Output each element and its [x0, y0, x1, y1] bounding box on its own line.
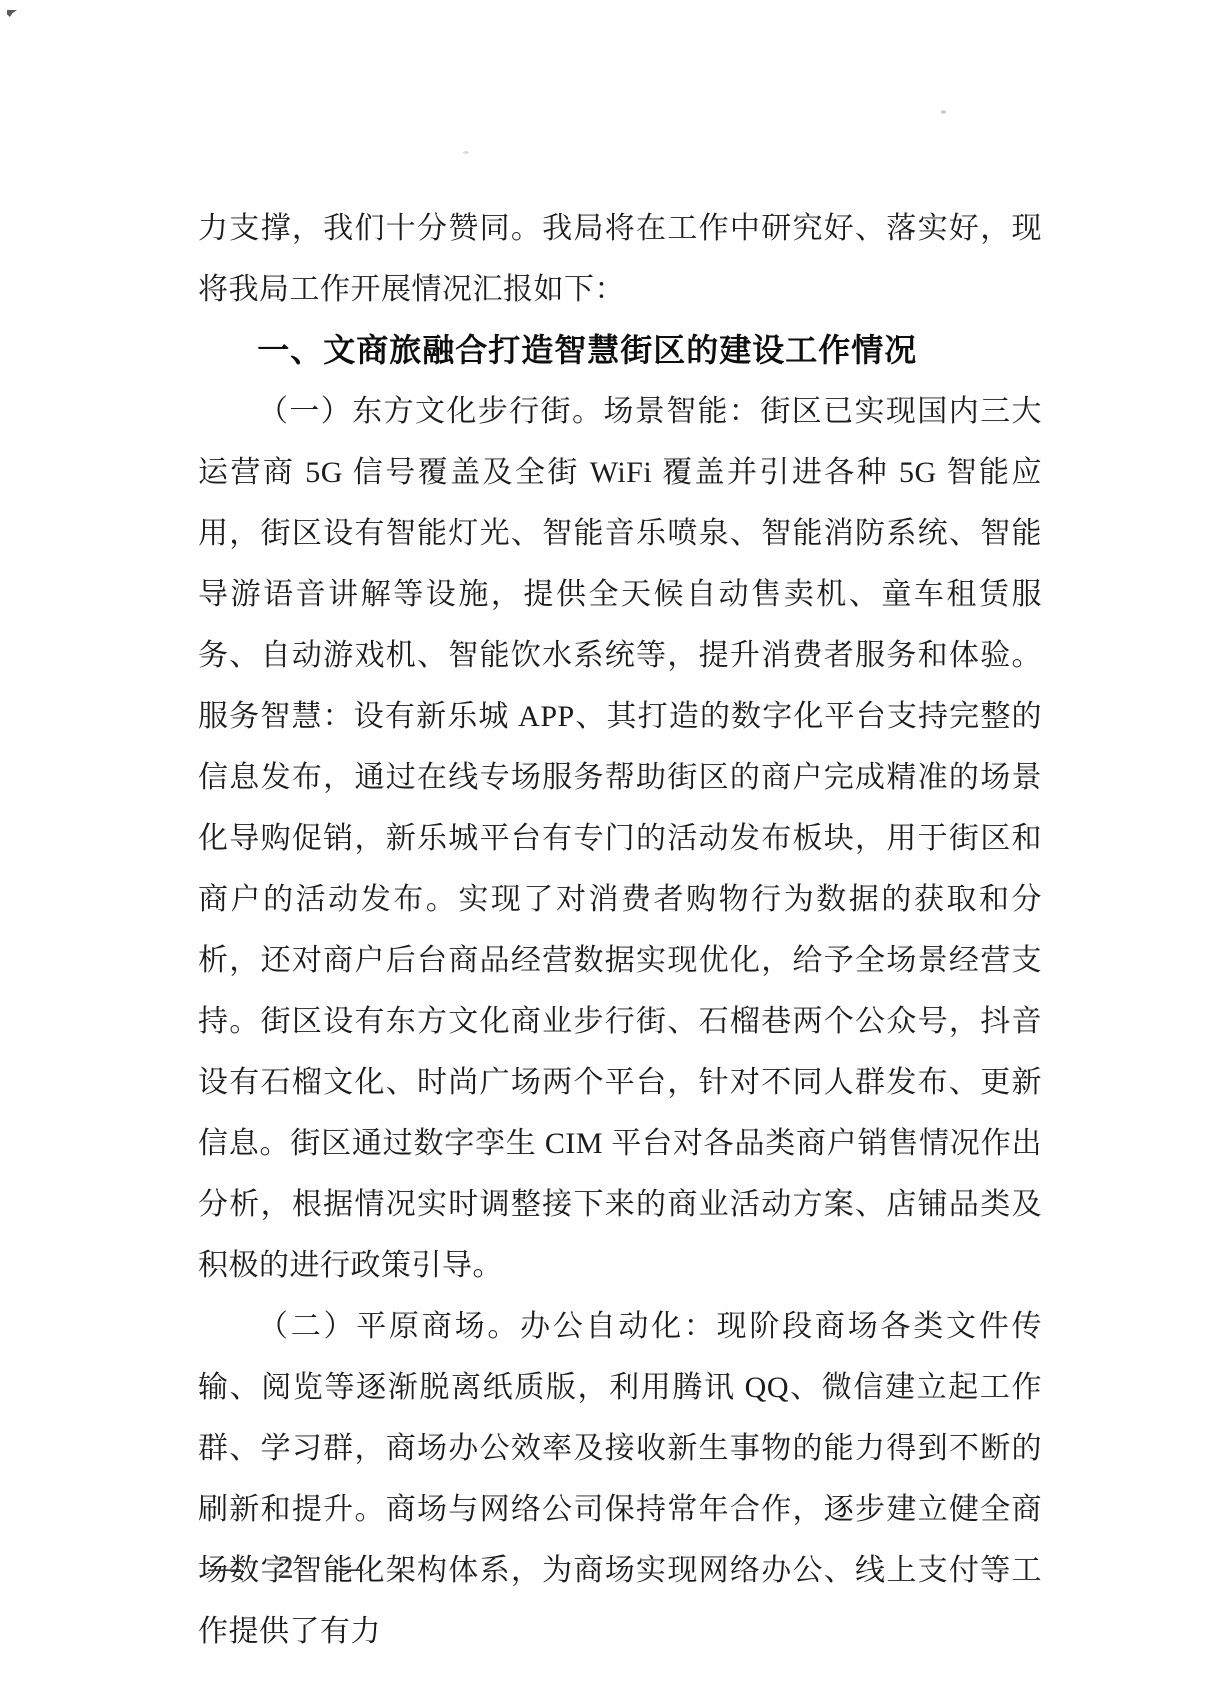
section-heading: 一、文商旅融合打造智慧街区的建设工作情况	[198, 320, 1042, 381]
scanned-document-page: 力支撑，我们十分赞同。我局将在工作中研究好、落实好，现将我局工作开展情况汇报如下…	[0, 0, 1224, 1682]
scan-artifact-dot	[941, 110, 946, 114]
paragraph-section-1: （一）东方文化步行街。场景智能：街区已实现国内三大运营商 5G 信号覆盖及全街 …	[198, 381, 1042, 1296]
scan-artifact-dot	[463, 151, 469, 154]
page-number: — 2 —	[208, 1543, 367, 1593]
paragraph-section-2: （二）平原商场。办公自动化：现阶段商场各类文件传输、阅览等逐渐脱离纸质版，利用腾…	[198, 1296, 1042, 1662]
document-body: 力支撑，我们十分赞同。我局将在工作中研究好、落实好，现将我局工作开展情况汇报如下…	[198, 198, 1042, 1662]
scan-artifact-corner	[7, 10, 17, 17]
paragraph-continuation: 力支撑，我们十分赞同。我局将在工作中研究好、落实好，现将我局工作开展情况汇报如下…	[198, 198, 1042, 320]
